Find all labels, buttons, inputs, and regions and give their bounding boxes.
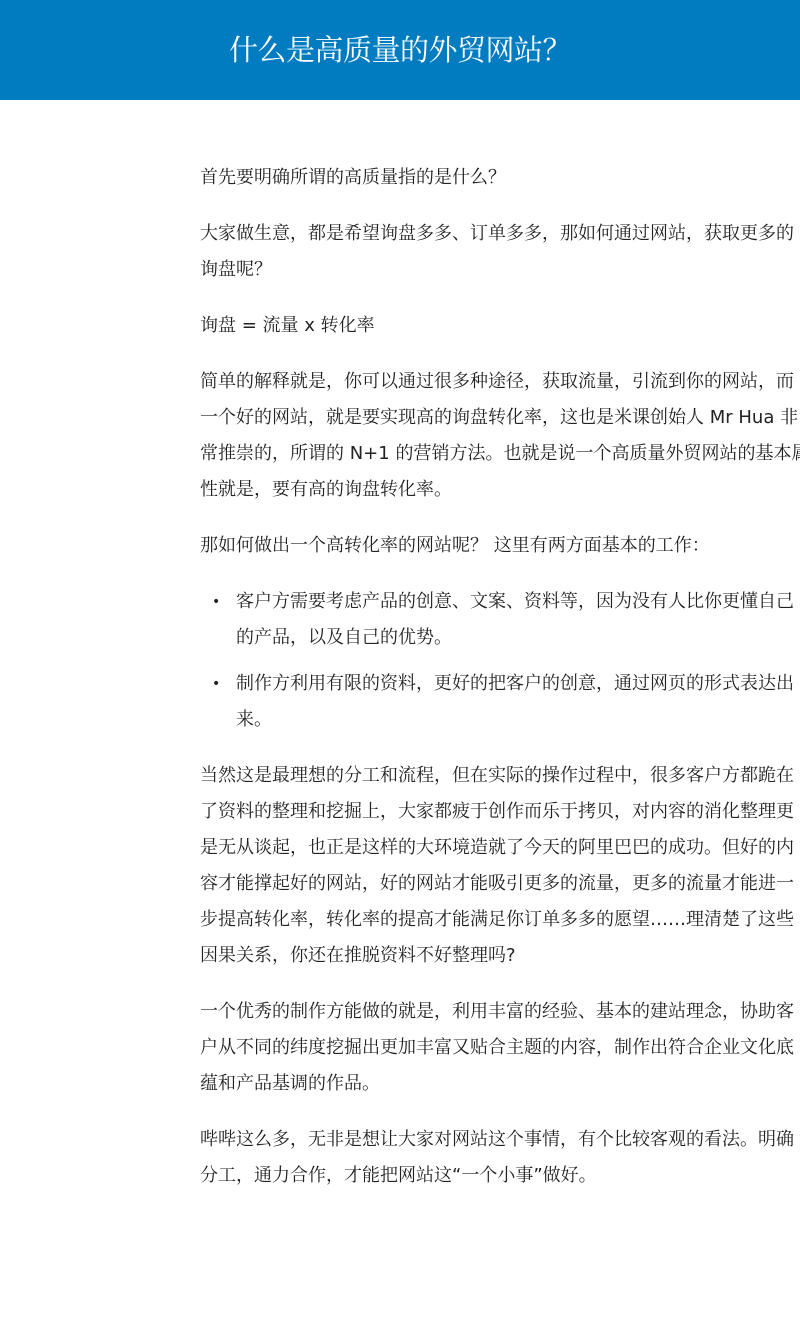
list-item-text: 制作方利用有限的资料，更好的把客户的创意，通过网页的形式表达出来。 [236,673,794,730]
paragraph-how-to: 那如何做出一个高转化率的网站呢？ 这里有两方面基本的工作： [200,528,800,564]
bullet-icon: • [212,666,220,702]
paragraph-good-maker: 一个优秀的制作方能做的就是，利用丰富的经验、基本的建站理念，协助客户从不同的纬度… [200,994,800,1102]
work-list: • 客户方需要考虑产品的创意、文案、资料等，因为没有人比你更懂自己的产品，以及自… [200,584,800,738]
paragraph-intro-question: 首先要明确所谓的高质量指的是什么？ [200,160,800,196]
paragraph-explanation: 简单的解释就是，你可以通过很多种途径，获取流量，引流到你的网站，而一个好的网站，… [200,364,800,508]
bullet-icon: • [212,584,220,620]
paragraph-reality: 当然这是最理想的分工和流程，但在实际的操作过程中，很多客户方都跪在了资料的整理和… [200,758,800,974]
list-item: • 客户方需要考虑产品的创意、文案、资料等，因为没有人比你更懂自己的产品，以及自… [200,584,800,656]
paragraph-conclusion: 哔哔这么多，无非是想让大家对网站这个事情，有个比较客观的看法。明确分工，通力合作… [200,1122,800,1194]
article-body: 首先要明确所谓的高质量指的是什么？ 大家做生意，都是希望询盘多多、订单多多，那如… [200,160,800,1214]
list-item: • 制作方利用有限的资料，更好的把客户的创意，通过网页的形式表达出来。 [200,666,800,738]
page-header: 什么是高质量的外贸网站？ [0,0,800,100]
paragraph-formula: 询盘 = 流量 x 转化率 [200,308,800,344]
page-title: 什么是高质量的外贸网站？ [229,0,571,100]
paragraph-inquiry-goal: 大家做生意，都是希望询盘多多、订单多多，那如何通过网站，获取更多的询盘呢？ [200,216,800,288]
list-item-text: 客户方需要考虑产品的创意、文案、资料等，因为没有人比你更懂自己的产品，以及自己的… [236,591,794,648]
